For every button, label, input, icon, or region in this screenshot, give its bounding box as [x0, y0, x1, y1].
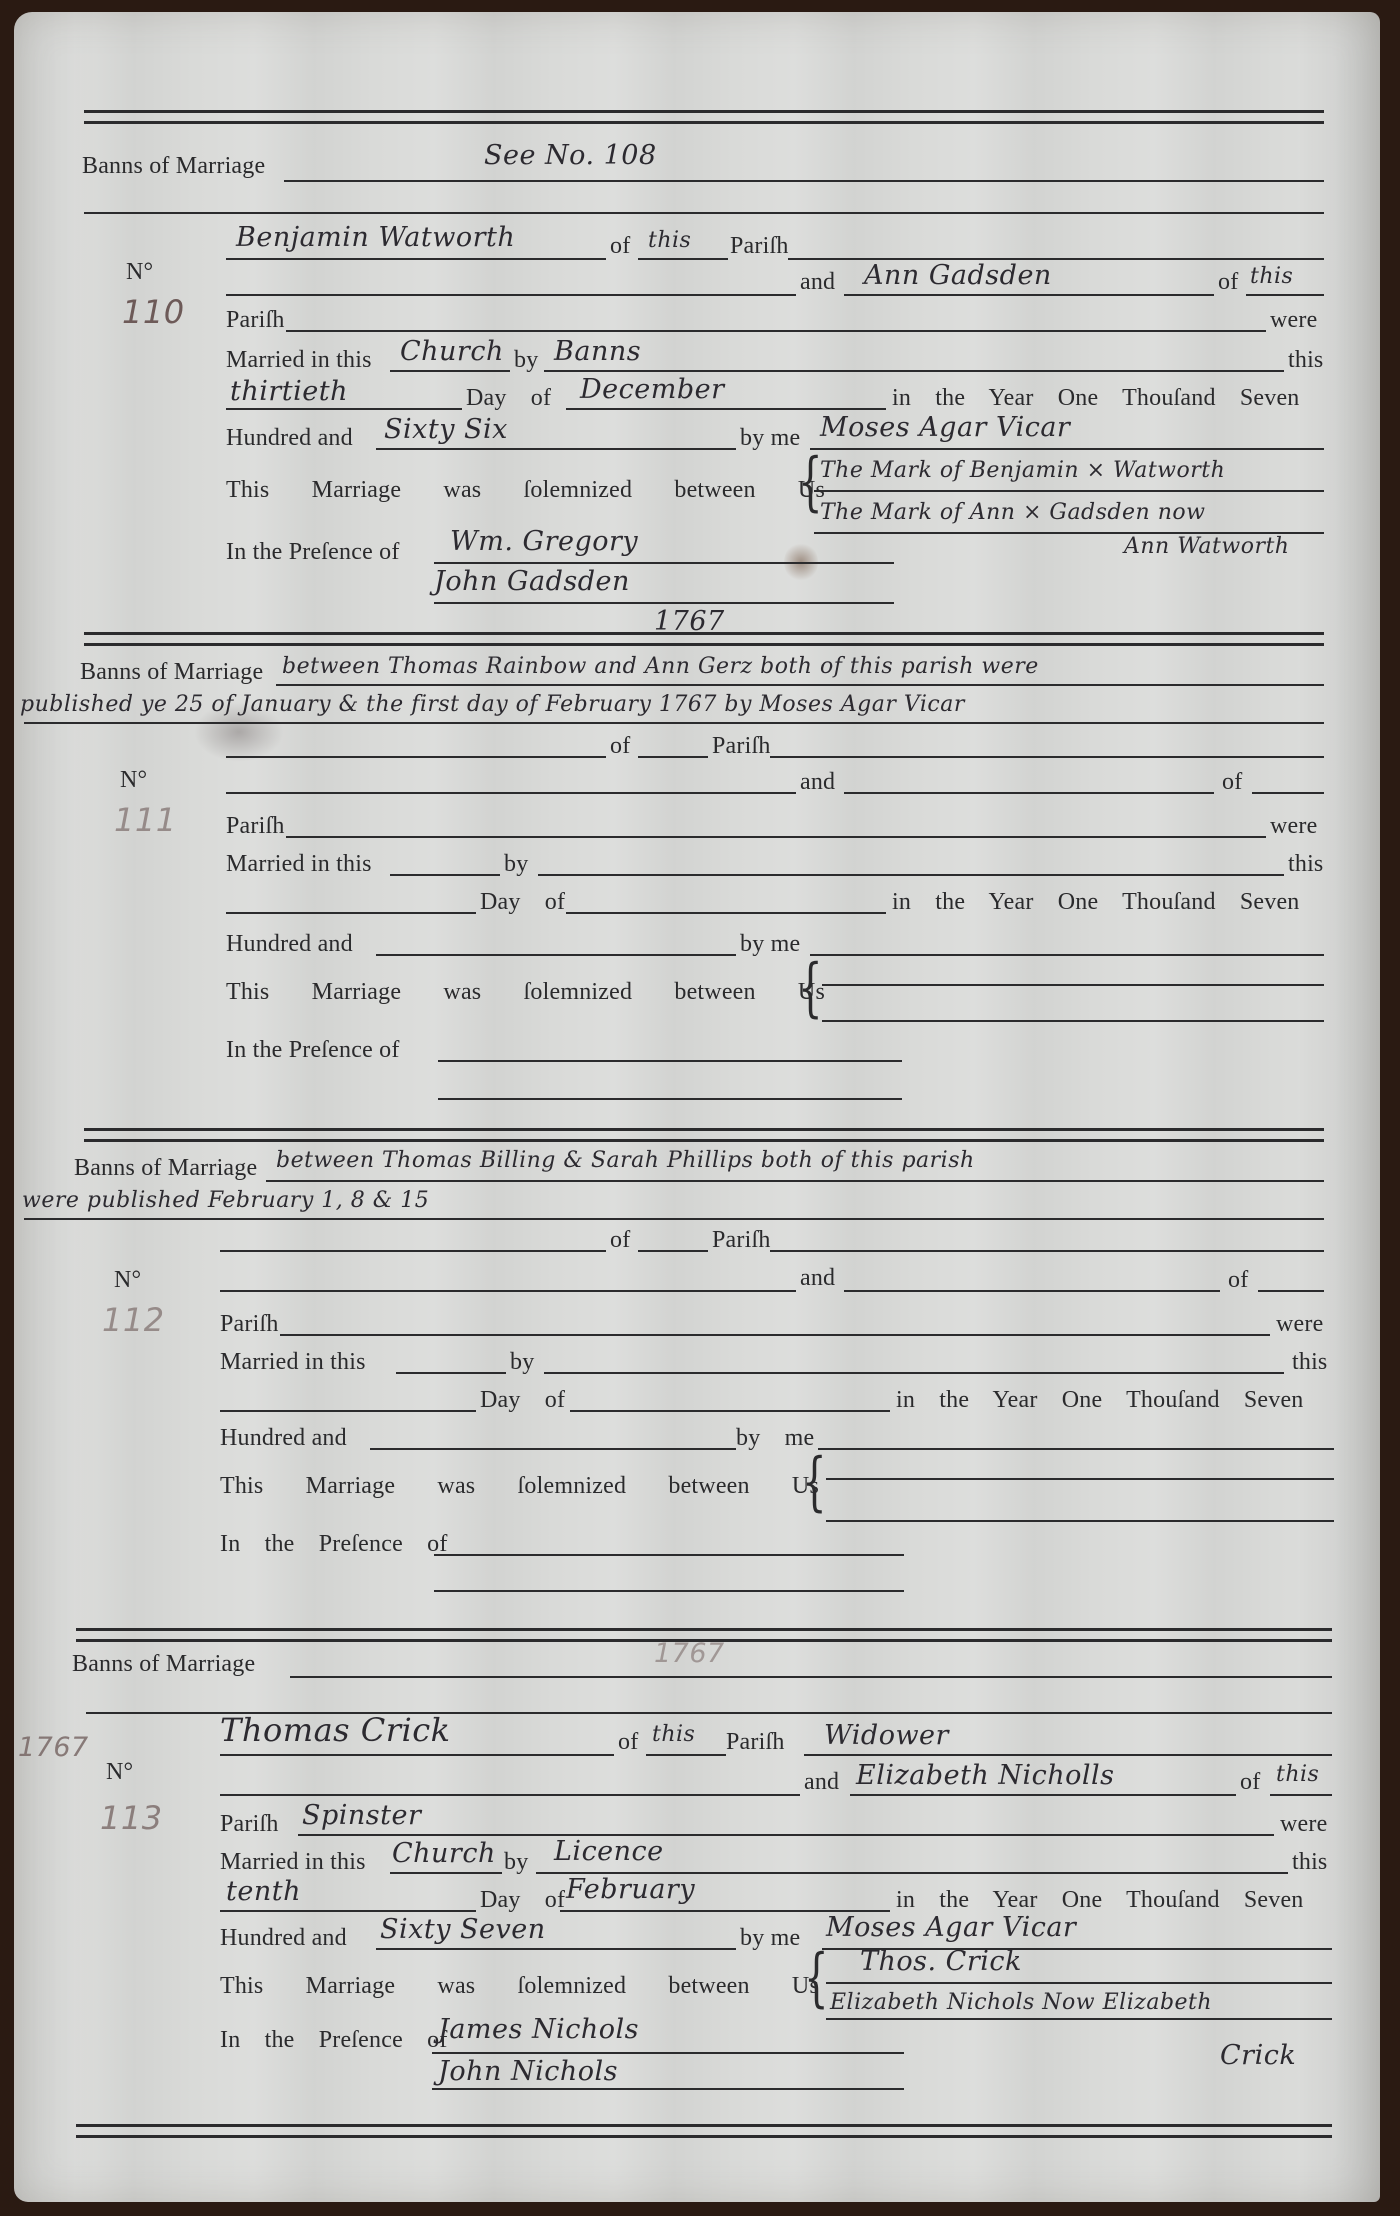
year-suffix-line: [376, 954, 736, 956]
signature-bride-cont: Crick: [1220, 2042, 1296, 2069]
officiant: Moses Agar Vicar: [826, 1914, 1076, 1941]
banns-line-2: [24, 1218, 1324, 1220]
presence-label: In the Preſence of: [226, 540, 400, 564]
presence-label: In the Preſence of: [226, 1038, 400, 1062]
line: [226, 792, 796, 794]
number-label: N°: [126, 260, 153, 284]
parish-label: Pariſh: [730, 234, 789, 258]
line: [226, 294, 796, 296]
signature-bride: The Mark of Ann × Gadsden now: [820, 502, 1205, 524]
year-suffix-line: [376, 1948, 736, 1950]
banns-line: [284, 180, 1324, 182]
witness-line-1: [438, 1060, 902, 1062]
day-line: [226, 912, 476, 914]
witness-line-1: [434, 562, 894, 564]
groom-parish-line: [638, 258, 728, 260]
year-label: in the Year One Thouſand Seven: [896, 1388, 1304, 1412]
officiant-line: [810, 954, 1324, 956]
this-label: this: [1288, 348, 1323, 372]
entry-number: 113: [100, 1802, 163, 1834]
parish-line: [286, 836, 1266, 838]
and-label: and: [800, 270, 835, 294]
signature-bride-cont: Ann Watworth: [1124, 536, 1289, 558]
witness-line-1: [434, 1554, 904, 1556]
were-label: were: [1270, 308, 1317, 332]
parish-label: Pariſh: [220, 1312, 279, 1336]
witness-line-2: [432, 2088, 904, 2090]
and-label: and: [800, 1266, 835, 1290]
bride-parish-line: [1270, 1794, 1332, 1796]
by-label: by: [514, 348, 538, 372]
month-line: [566, 408, 886, 410]
entry-number: 111: [114, 804, 177, 836]
page-end-divider: [76, 2124, 1332, 2138]
witness-1: Wm. Gregory: [450, 528, 638, 555]
witness-line-2: [438, 1098, 902, 1100]
line: [220, 1794, 800, 1796]
year-suffix-line: [376, 448, 736, 450]
parish-line: [280, 1334, 1270, 1336]
year-suffix-line: [370, 1448, 736, 1450]
witness-line-2: [434, 602, 894, 604]
entry-divider: [84, 1128, 1324, 1142]
day-of-label: Day of: [480, 890, 565, 914]
hundred-label: Hundred and: [226, 932, 353, 956]
entry-number: 110: [122, 296, 185, 328]
day-line: [220, 1910, 476, 1912]
signature-line-2: [826, 2018, 1332, 2020]
married-by: Licence: [554, 1838, 664, 1865]
banns-text-1: between Thomas Billing & Sarah Phillips …: [276, 1150, 975, 1172]
bride-name: Elizabeth Nicholls: [856, 1762, 1115, 1789]
parish-line: [770, 756, 1324, 758]
officiant: Moses Agar Vicar: [820, 414, 1070, 441]
place-line: [390, 874, 500, 876]
month-line: [570, 1410, 890, 1412]
solemnized-label: This Marriage was ſolemnized between Us: [226, 980, 825, 1004]
brace: {: [798, 956, 822, 1020]
place-line: [390, 1872, 502, 1874]
signature-line-1: [826, 1478, 1334, 1480]
married-by: Banns: [554, 338, 641, 365]
groom-parish-line: [646, 1754, 726, 1756]
day-of-label: Day of: [466, 386, 551, 410]
banns-line: [290, 1676, 1332, 1678]
bride-status: Spinster: [302, 1802, 421, 1829]
witness-1: James Nichols: [438, 2016, 639, 2043]
bride-line: [850, 1794, 1236, 1796]
number-label: N°: [114, 1268, 141, 1292]
officiant-line: [810, 448, 1324, 450]
parish-label: Pariſh: [226, 308, 285, 332]
brace: {: [804, 1946, 828, 2010]
number-label: N°: [120, 768, 147, 792]
day-of-label: Day of: [480, 1888, 565, 1912]
married-label: Married in this: [226, 348, 372, 372]
year-suffix: Sixty Six: [384, 416, 508, 443]
by-me-label: by me: [740, 932, 800, 956]
witness-line-2: [434, 1590, 904, 1592]
year-label: in the Year One Thouſand Seven: [892, 386, 1300, 410]
groom-parish-line: [638, 1250, 708, 1252]
solemnized-label: This Marriage was ſolemnized between Us: [226, 478, 825, 502]
by-line: [544, 1372, 1284, 1374]
parish-label: Pariſh: [726, 1730, 785, 1754]
signature-line-2: [826, 1520, 1334, 1522]
groom-name: Thomas Crick: [220, 1714, 451, 1746]
place: Church: [400, 338, 504, 365]
register-page: Banns of Marriage See No. 108 N° 110 Ben…: [14, 12, 1380, 2202]
banns-line-2: [24, 722, 1324, 724]
day: tenth: [226, 1878, 301, 1905]
parish-label: Pariſh: [220, 1812, 279, 1836]
banns-text-2: published ye 25 of January & the first d…: [20, 694, 965, 716]
bride-parish: this: [1276, 1764, 1319, 1786]
were-label: were: [1280, 1812, 1327, 1836]
groom-status: Widower: [824, 1722, 949, 1749]
of-label: of: [618, 1730, 638, 1754]
day-line: [220, 1410, 476, 1412]
day-line: [226, 408, 462, 410]
groom-line: [226, 756, 606, 758]
parish-line: [298, 1834, 1274, 1836]
officiant-line: [818, 1448, 1334, 1450]
parish-label: Pariſh: [226, 814, 285, 838]
groom-parish-line: [638, 756, 708, 758]
witness-2: John Nichols: [438, 2058, 618, 2085]
year-label: in the Year One Thouſand Seven: [896, 1888, 1304, 1912]
bride-parish-line: [1258, 1290, 1324, 1292]
banns-text-2: were published February 1, 8 & 15: [22, 1190, 429, 1212]
groom-parish: this: [652, 1724, 695, 1746]
place: Church: [392, 1840, 496, 1867]
banns-year-note: 1767: [654, 1640, 725, 1667]
bride-parish: this: [1250, 266, 1293, 288]
of-label: of: [1222, 770, 1242, 794]
month: December: [580, 376, 725, 403]
banns-line-2: [84, 212, 1324, 214]
by-label: by: [504, 852, 528, 876]
parish-label: Pariſh: [712, 1228, 771, 1252]
by-me-label: by me: [740, 426, 800, 450]
solemnized-label: This Marriage was ſolemnized between Us: [220, 1474, 819, 1498]
signature-line-2: [822, 1020, 1324, 1022]
banns-text-1: between Thomas Rainbow and Ann Gerz both…: [282, 656, 1039, 678]
bride-name: Ann Gadsden: [864, 262, 1052, 289]
entry-number: 112: [102, 1304, 165, 1336]
year-label: in the Year One Thouſand Seven: [892, 890, 1300, 914]
by-label: by: [510, 1350, 534, 1374]
signature-line-1: [826, 1982, 1332, 1984]
married-label: Married in this: [220, 1850, 366, 1874]
witness-2: John Gadsden: [434, 568, 630, 595]
signature-line-1: [814, 490, 1324, 492]
bride-line: [844, 792, 1214, 794]
bride-line: [844, 294, 1214, 296]
and-label: and: [800, 770, 835, 794]
bride-line: [844, 1290, 1220, 1292]
entry-divider: [84, 110, 1324, 124]
day: thirtieth: [230, 378, 348, 405]
line: [220, 1290, 796, 1292]
signature-groom: Thos. Crick: [860, 1948, 1022, 1975]
banns-label: Banns of Marriage: [74, 1156, 257, 1180]
of-label: of: [610, 234, 630, 258]
signature-line-1: [822, 984, 1324, 986]
hundred-label: Hundred and: [220, 1426, 347, 1450]
by-line: [538, 874, 1284, 876]
groom-line: [220, 1250, 606, 1252]
were-label: were: [1270, 814, 1317, 838]
groom-line: [220, 1754, 614, 1756]
margin-year: 1767: [18, 1734, 89, 1761]
parish-line: [770, 1250, 1324, 1252]
this-label: this: [1288, 852, 1323, 876]
groom-name: Benjamin Watworth: [236, 224, 515, 251]
this-label: this: [1292, 1850, 1327, 1874]
solemnized-label: This Marriage was ſolemnized between Us: [220, 1974, 819, 1998]
parish-line: [804, 1754, 1332, 1756]
bride-parish-line: [1252, 792, 1324, 794]
witness-line-1: [432, 2052, 904, 2054]
by-label: by: [504, 1850, 528, 1874]
of-label: of: [1218, 270, 1238, 294]
year-suffix: Sixty Seven: [380, 1916, 546, 1943]
signature-groom: The Mark of Benjamin × Watworth: [820, 460, 1225, 482]
brace: {: [798, 450, 822, 514]
banns-label: Banns of Marriage: [72, 1652, 255, 1676]
month: February: [566, 1876, 695, 1903]
by-me-label: by me: [740, 1926, 800, 1950]
hundred-label: Hundred and: [226, 426, 353, 450]
of-label: of: [1240, 1770, 1260, 1794]
entry-divider: [84, 632, 1324, 646]
and-label: and: [804, 1770, 839, 1794]
parish-line: [286, 330, 1266, 332]
place-line: [396, 1372, 506, 1374]
year-note: 1767: [654, 608, 725, 635]
married-label: Married in this: [220, 1350, 366, 1374]
presence-label: In the Preſence of: [220, 1532, 448, 1556]
married-label: Married in this: [226, 852, 372, 876]
banns-label: Banns of Marriage: [82, 154, 265, 178]
parish-label: Pariſh: [712, 734, 771, 758]
place-line: [390, 370, 510, 372]
banns-line: [266, 1180, 1324, 1182]
signature-bride: Elizabeth Nichols Now Elizabeth: [830, 1992, 1212, 2014]
of-label: of: [610, 734, 630, 758]
bride-parish-line: [1246, 294, 1324, 296]
presence-label: In the Preſence of: [220, 2028, 448, 2052]
of-label: of: [610, 1228, 630, 1252]
month-line: [566, 912, 886, 914]
banns-value: See No. 108: [484, 142, 657, 169]
banns-label: Banns of Marriage: [80, 660, 263, 684]
groom-line: [226, 258, 606, 260]
number-label: N°: [106, 1760, 133, 1784]
this-label: this: [1292, 1350, 1327, 1374]
banns-line: [276, 684, 1324, 686]
of-label: of: [1228, 1268, 1248, 1292]
groom-parish: this: [648, 230, 691, 252]
day-of-label: Day of: [480, 1388, 565, 1412]
brace: {: [802, 1450, 826, 1514]
were-label: were: [1276, 1312, 1323, 1336]
hundred-label: Hundred and: [220, 1926, 347, 1950]
by-line: [544, 370, 1284, 372]
